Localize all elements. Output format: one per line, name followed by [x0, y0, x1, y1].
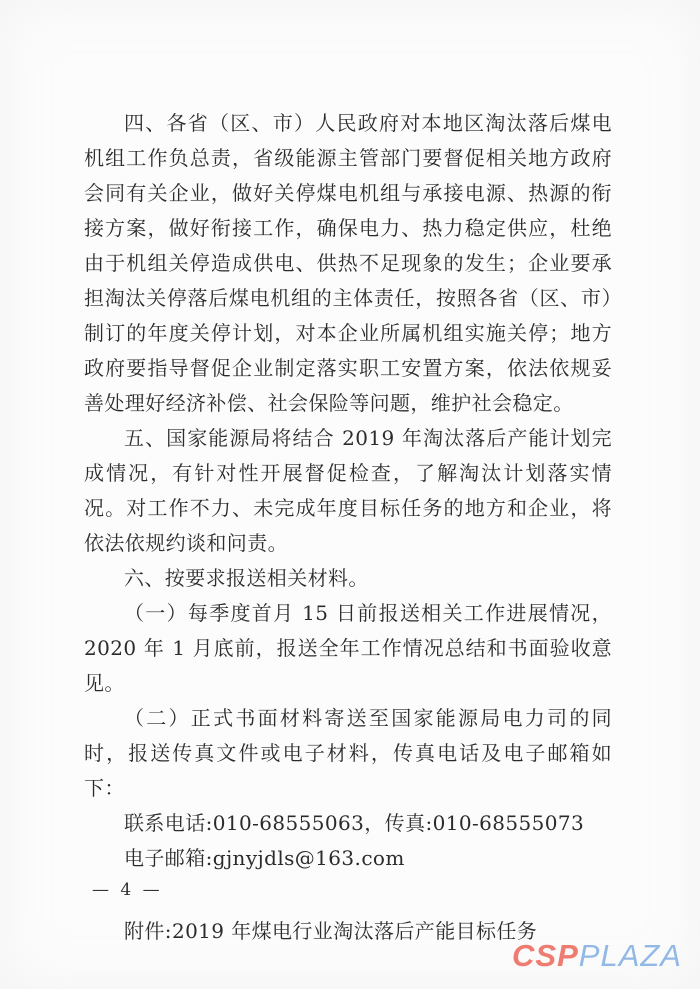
document-body: 四、各省（区、市）人民政府对本地区淘汰落后煤电机组工作负总责，省级能源主管部门要… — [84, 106, 612, 949]
contact-phone-line: 联系电话:010-68555063，传真:010-68555073 — [84, 806, 612, 841]
paragraph-item-6: 六、按要求报送相关材料。 — [84, 561, 612, 596]
paragraph-item-6-2: （二）正式书面材料寄送至国家能源局电力司的同时，报送传真文件或电子材料，传真电话… — [84, 701, 612, 806]
cspplaza-watermark-logo: CSPPLAZA — [512, 940, 682, 971]
plaza-logo-text: PLAZA — [579, 938, 682, 973]
paragraph-item-5: 五、国家能源局将结合 2019 年淘汰落后产能计划完成情况，有针对性开展督促检查… — [84, 421, 612, 561]
paragraph-item-6-1: （一）每季度首月 15 日前报送相关工作进展情况，2020 年 1 月底前，报送… — [84, 596, 612, 701]
csp-logo-text: CSP — [512, 938, 579, 973]
scanned-document-page: 四、各省（区、市）人民政府对本地区淘汰落后煤电机组工作负总责，省级能源主管部门要… — [0, 0, 700, 989]
page-number: — 4 — — [92, 880, 163, 900]
contact-email-line: 电子邮箱:gjnyjdls@163.com — [84, 841, 612, 876]
paragraph-item-4: 四、各省（区、市）人民政府对本地区淘汰落后煤电机组工作负总责，省级能源主管部门要… — [84, 106, 612, 421]
